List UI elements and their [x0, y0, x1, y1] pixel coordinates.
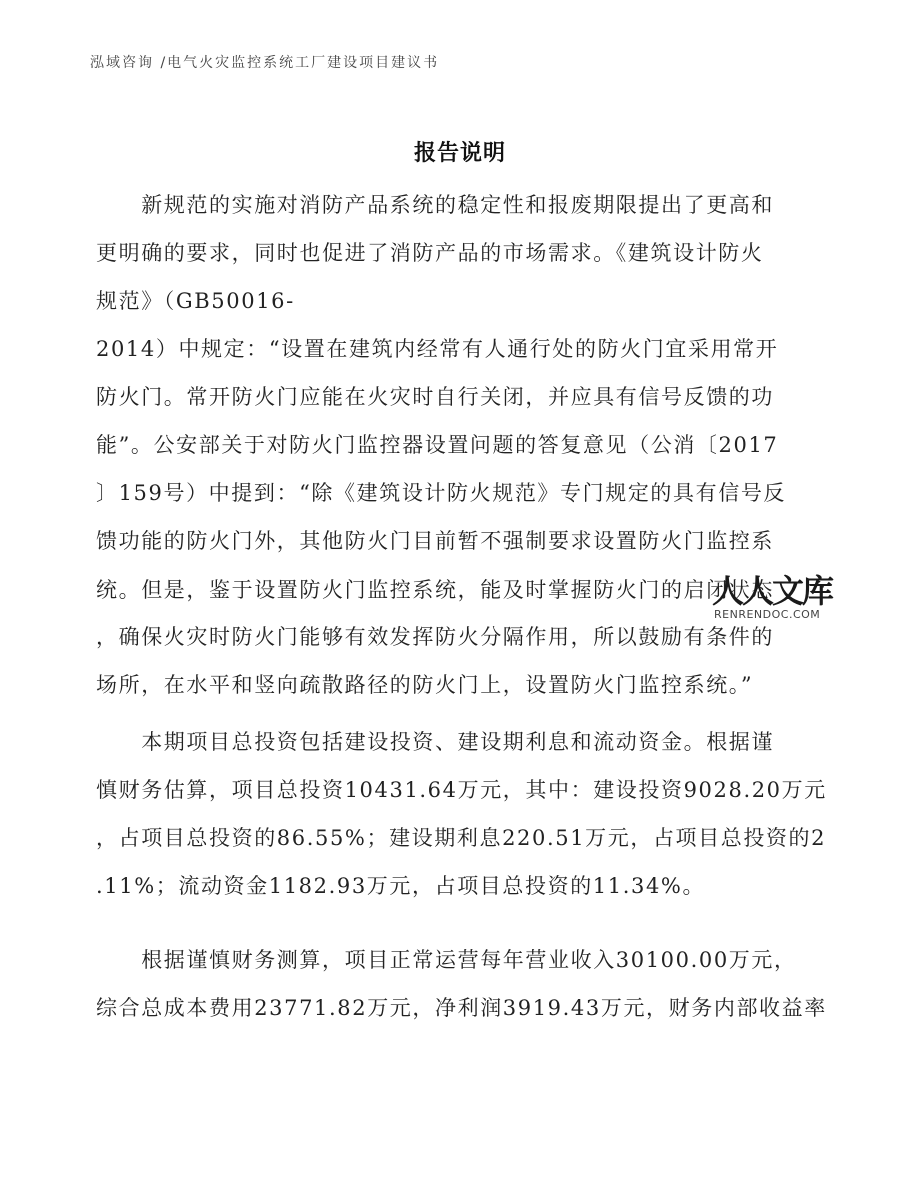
- paragraph-line: 2014）中规定：“设置在建筑内经常有人通行处的防火门宜采用常开: [96, 335, 778, 363]
- section-title: 报告说明: [0, 136, 920, 167]
- paragraph-line: ，占项目总投资的86.55%；建设期利息220.51万元，占项目总投资的2: [96, 824, 826, 852]
- paragraph-line: 根据谨慎财务测算，项目正常运营每年营业收入30100.00万元，: [96, 946, 797, 974]
- paragraph-line: 更明确的要求，同时也促进了消防产品的市场需求。《建筑设计防火: [96, 239, 764, 267]
- watermark-domain: RENRENDOC.COM: [714, 608, 832, 621]
- paragraph-line: ，确保火灾时防火门能够有效发挥防火分隔作用，所以鼓励有条件的: [96, 623, 774, 651]
- paragraph-line: 慎财务估算，项目总投资10431.64万元，其中：建设投资9028.20万元: [96, 776, 827, 804]
- paragraph-line: 综合总成本费用23771.82万元，净利润3919.43万元，财务内部收益率: [96, 994, 827, 1022]
- paragraph-line: 本期项目总投资包括建设投资、建设期利息和流动资金。根据谨: [96, 728, 774, 756]
- watermark-brand: 人人文库: [712, 574, 832, 608]
- paragraph-line: 防火门。常开防火门应能在火灾时自行关闭，并应具有信号反馈的功: [96, 383, 774, 411]
- paragraph-line: 能”。公安部关于对防火门监控器设置问题的答复意见（公消〔2017: [96, 431, 778, 459]
- paragraph-line: 场所，在水平和竖向疏散路径的防火门上，设置防火门监控系统。”: [96, 671, 753, 699]
- paragraph-line: 〕159号）中提到：“除《建筑设计防火规范》专门规定的具有信号反: [96, 479, 786, 507]
- watermark-logo: 人人文库 RENRENDOC.COM: [712, 574, 832, 621]
- paragraph-line: 馈功能的防火门外，其他防火门目前暂不强制要求设置防火门监控系: [96, 527, 774, 555]
- paragraph-line: 新规范的实施对消防产品系统的稳定性和报废期限提出了更高和: [96, 191, 774, 219]
- paragraph-line: .11%；流动资金1182.93万元，占项目总投资的11.34%。: [96, 872, 705, 900]
- paragraph-line: 统。但是，鉴于设置防火门监控系统，能及时掌握防火门的启闭状态: [96, 576, 774, 604]
- paragraph-line: 规范》（GB50016-: [96, 287, 295, 315]
- document-header: 泓域咨询 /电气火灾监控系统工厂建设项目建议书: [90, 52, 439, 72]
